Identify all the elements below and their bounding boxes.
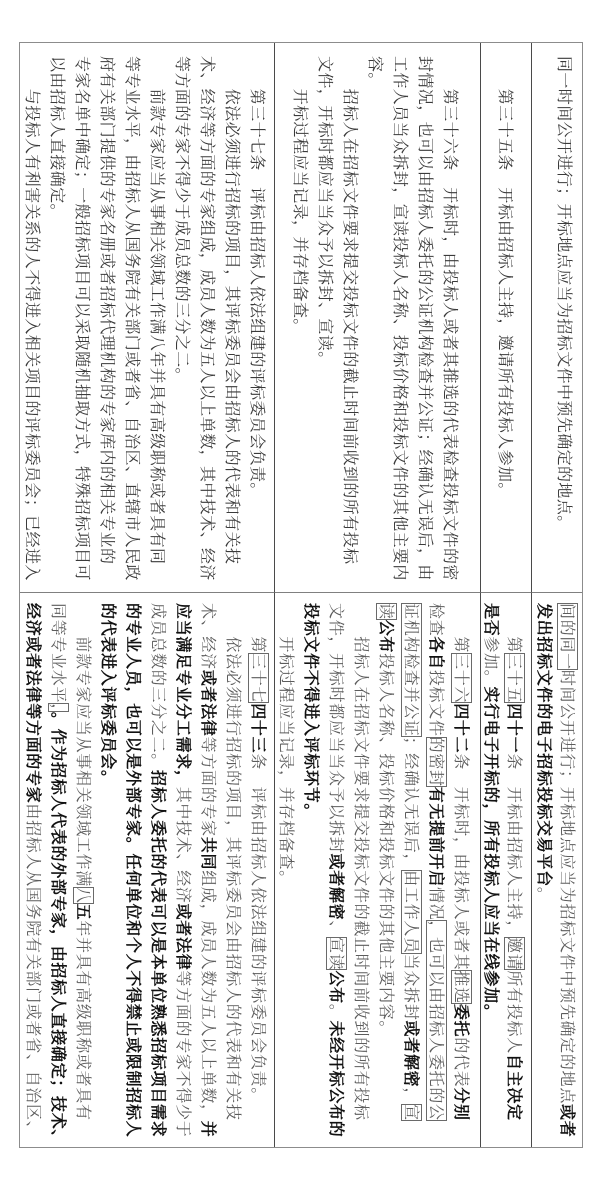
deleted-text: ， — [48, 703, 69, 712]
text-run: 条 评标由招标人依法组建的评标委员会负责。 — [249, 753, 268, 1104]
text-line: 工作人员当众拆封，宣读投标人名称、投标价格和投标文件的其他主要内 — [388, 56, 413, 592]
text-run: 文件，开标时都应当当众予以拆封、宣读。 — [316, 56, 335, 368]
inserted-text: 共同 — [199, 837, 218, 870]
text-run: 第三十五条 开标由招标人主持，邀请所有投标人参加。 — [496, 89, 515, 499]
text-line: 文件，开标时都应当当众予以拆封或者解密、宣读公布。未经开标公布的 — [324, 603, 349, 1147]
deleted-text: 宣读 — [326, 937, 347, 970]
text-line: 封情况，也可以由招标人委托的公证机构检查并公证；经确认无误后，由 — [413, 56, 438, 592]
text-line: 经济或者法律等方面的专家由招标人从国务院有关部门或者省、自治区、 — [21, 603, 46, 1147]
text-run: 文件，开标时都应当当众予以拆封 — [327, 603, 346, 854]
text-line: 依法必须进行招标的项目，其评标委员会由招标人的代表和有关技 — [220, 56, 245, 592]
text-line: 成员总数的三分之二。招标人委托的代表可以是本单位熟悉招标项目需求 — [146, 603, 171, 1147]
text-line: 应当满足专业分工需求，其中技术、经济或者法律等方面的专家不得少于 — [171, 603, 196, 1147]
text-run: 等专业水平，由招标人从国务院有关部门或者省、自治区、直辖市人民政 — [123, 56, 142, 581]
deleted-text: 宣 — [401, 1104, 422, 1121]
text-run: 检查 — [427, 603, 446, 636]
text-run: 第 — [452, 636, 471, 653]
text-run: 等方面的专家不得少于成员总数的三分之二。 — [173, 56, 192, 384]
deleted-text: 三十七 — [248, 653, 269, 703]
text-run: 府有关部门提供的专家名册或者招标代理机构的专家库内的相关专业的 — [98, 56, 117, 564]
inserted-text: 招标人委托的代表可以是本单位熟悉招标项目需求 — [149, 770, 168, 1137]
text-run: 依法必须进行招标的项目，其评标委员会由招标人的代表和有关技 — [224, 636, 243, 1120]
text-line: 招标人在招标文件要求提交投标文件的截止时间前收到的所有投标 — [338, 56, 363, 592]
inserted-text: 。作为招标人代表的外部专家，由招标人直接确定；技术、 — [49, 712, 68, 1146]
text-run: 工作人员当众拆封，宣读投标人名称、投标价格和投标文件的其他主要内 — [391, 56, 410, 581]
text-line: 同一时间公开进行；开标地点应当为招标文件中预先确定的地点。 — [552, 56, 577, 592]
text-line: 以由招标人直接确定。 — [45, 56, 70, 592]
text-run: 招标人在招标文件要求提交投标文件的截止时间前收到的所有投标 — [352, 636, 371, 1120]
text-run: 招标人在招标文件要求提交投标文件的截止时间前收到的所有投标 — [341, 89, 360, 565]
inserted-text: 应当满足专业分工需求， — [174, 603, 193, 787]
text-line: 与投标人有利害关系的人不得进入相关项目的评标委员会；已经进入 — [20, 56, 45, 592]
deleted-text: 由工作人员 — [401, 870, 422, 954]
text-run: 专家名单中确定；一般招标项目可以采取随机抽取方式，特殊招标项目可 — [73, 56, 92, 581]
text-line: 等方面的专家不得少于成员总数的三分之二。 — [170, 56, 195, 592]
original-text-cell: 第三十五条 开标由招标人主持，邀请所有投标人参加。 — [480, 43, 531, 593]
inserted-text: 是否 — [482, 603, 501, 636]
revised-text-cell: 间的同一时间公开进行；开标地点应当为招标文件中预先确定的地点或者发出招标文件的电… — [531, 593, 582, 1147]
text-run: 当众拆封 — [402, 954, 421, 1021]
inserted-text: 四十二 — [452, 703, 471, 753]
inserted-text: 发出招标文件的电子招标投标交易平台 — [535, 603, 554, 887]
inserted-text: 实行电子开标的，所有投标人应当在线参加。 — [482, 687, 501, 1021]
inserted-text: 分别 — [452, 1087, 471, 1120]
inserted-text: 公布 — [377, 620, 396, 653]
deleted-text: 读 — [376, 603, 397, 620]
text-run: 条 开标由招标人主持， — [505, 753, 524, 937]
text-line: 依法必须进行招标的项目，其评标委员会由招标人的代表和有关技 — [221, 603, 246, 1147]
text-line: 读公布投标人名称、投标价格和投标文件的其他主要内容。 — [374, 603, 399, 1147]
text-run: 的代表 — [452, 1037, 471, 1087]
deleted-text: 邀请 — [504, 937, 525, 970]
inserted-text: 自主决定 — [505, 1054, 524, 1121]
text-line: 招标人在招标文件要求提交投标文件的截止时间前收到的所有投标 — [349, 603, 374, 1147]
inserted-text: 的代表进入评标委员会。 — [99, 603, 118, 787]
text-line: 发出招标文件的电子招标投标交易平台。 — [533, 603, 556, 1147]
text-line: 是否参加。实行电子开标的，所有投标人应当在线参加。 — [480, 603, 503, 1147]
text-line: 容。 — [363, 56, 388, 592]
inserted-text: 各自 — [427, 636, 446, 669]
inserted-text: 公布 — [327, 970, 346, 1003]
text-line: 证机构检查并公证；经确认无误后，由工作人员当众拆封或者解密，宣 — [399, 603, 424, 1147]
text-run: 前款专家应当从事相关领域工作满八年并具有高级职称或者具有同 — [148, 89, 167, 565]
text-line: 第三十七四十三条 评标由招标人依法组建的评标委员会负责。 — [246, 603, 271, 1147]
inserted-text: 四十三 — [249, 703, 268, 753]
revised-text-cell: 第三十五四十一条 开标由招标人主持，邀请所有投标人自主决定是否参加。实行电子开标… — [480, 593, 531, 1147]
inserted-text: 的专业人员，也可以是外部专家。任何单位和个人不得禁止或限制招标人 — [124, 603, 143, 1137]
text-run: 第三十六条 开标时，由投标人或者其推选的代表检查投标文件的密 — [441, 89, 460, 581]
page: 同一时间公开进行；开标地点应当为招标文件中预先确定的地点。 间的同一时间公开进行… — [0, 0, 600, 1193]
text-run: 。 — [535, 887, 554, 904]
text-line: 的代表进入评标委员会。 — [96, 603, 121, 1147]
text-line: 术、经济等方面的专家组成，成员人数为五人以上单数，其中技术、经济 — [195, 56, 220, 592]
text-run: 前款专家应当从事相关领域工作满 — [74, 636, 93, 887]
inserted-text: 四十一 — [505, 703, 524, 753]
text-run: 所有投标人 — [505, 970, 524, 1054]
deleted-text: 三十五 — [504, 653, 525, 703]
inserted-text: 经济或者法律等方面的专家 — [24, 603, 43, 803]
text-run: ；经确认无误后， — [402, 737, 421, 871]
text-line: 文件，开标时都应当当众予以拆封、宣读。 — [313, 56, 338, 592]
text-line: 前款专家应当从事相关领域工作满八年并具有高级职称或者具有同 — [145, 56, 170, 592]
inserted-text: 委托 — [452, 1004, 471, 1037]
inserted-text: 或者法律 — [199, 670, 218, 737]
text-line: 的专业人员，也可以是外部专家。任何单位和个人不得禁止或限制招标人 — [121, 603, 146, 1147]
text-run: 依法必须进行招标的项目，其评标委员会由招标人的代表和有关技 — [223, 89, 242, 565]
text-run: ， — [402, 1087, 421, 1104]
deleted-text: ，也可以由招标人委托的公 — [426, 920, 447, 1120]
text-run: 第三十七条 评标由招标人依法组建的评标委员会负责。 — [248, 89, 267, 499]
inserted-text: 投标文件不得进入评标环节。 — [302, 603, 321, 820]
text-line: 检查各自投标文件的密封有无提前开启情况，也可以由招标人委托的公 — [424, 603, 449, 1147]
text-run: 第 — [249, 636, 268, 653]
text-run: 同等专业水平 — [49, 603, 68, 703]
text-run: 等方面的专家 — [199, 737, 218, 837]
revised-text-cell: 第三十六四十二条 开标时，由投标人或者其推选委托的代表分别检查各自投标文件的密封… — [274, 593, 480, 1147]
revised-text-cell: 第三十七四十三条 评标由招标人依法组建的评标委员会负责。依法必须进行招标的项目，… — [20, 593, 274, 1147]
text-run: 情况 — [427, 887, 446, 920]
text-line: 开标过程应当记录，并存档备查。 — [274, 603, 299, 1147]
text-line: 府有关部门提供的专家名册或者招标代理机构的专家库内的相关专业的 — [95, 56, 120, 592]
law-comparison-table: 同一时间公开进行；开标地点应当为招标文件中预先确定的地点。 间的同一时间公开进行… — [19, 42, 583, 1148]
text-run: 条 开标时，由投标人或者其 — [452, 753, 471, 970]
inserted-text: 五 — [74, 904, 93, 921]
text-run: 投标人名称、投标价格和投标文件的其他主要内容。 — [377, 653, 396, 1037]
text-run: 等方面的专家不得少于 — [174, 970, 193, 1137]
inserted-text: 有无提前开启 — [427, 787, 446, 887]
text-run: 以由招标人直接确定。 — [48, 56, 67, 220]
deleted-text: 间的同一 — [557, 603, 578, 670]
text-run: 年并具有高级职称或者具有 — [74, 920, 93, 1120]
text-run: 容。 — [366, 56, 385, 89]
text-run: 、 — [327, 920, 346, 937]
text-run: 开标过程应当记录，并存档备查。 — [277, 636, 296, 887]
inserted-text: 或者解密 — [402, 1021, 421, 1088]
rotated-document-sheet: 同一时间公开进行；开标地点应当为招标文件中预先确定的地点。 间的同一时间公开进行… — [0, 0, 600, 1193]
text-run: 第 — [505, 636, 524, 653]
original-text-cell: 第三十七条 评标由招标人依法组建的评标委员会负责。依法必须进行招标的项目，其评标… — [20, 43, 274, 593]
text-run: 成员总数的三分之二。 — [149, 603, 168, 770]
inserted-text: 并 — [199, 1121, 218, 1138]
deleted-text: 的密封 — [426, 737, 447, 787]
inserted-text: 或者 — [558, 1104, 577, 1137]
text-line: 第三十七条 评标由招标人依法组建的评标委员会负责。 — [245, 56, 270, 592]
text-run: 开标过程应当记录，并存档备查。 — [291, 89, 310, 335]
inserted-text: 未经开标公布的 — [327, 1021, 346, 1138]
text-line: 第三十五条 开标由招标人主持，邀请所有投标人参加。 — [493, 56, 518, 592]
deleted-text: 三十六 — [451, 653, 472, 703]
text-line: 同等专业水平，。作为招标人代表的外部专家，由招标人直接确定；技术、 — [46, 603, 71, 1147]
text-line: 前款专家应当从事相关领域工作满八五年并具有高级职称或者具有 — [71, 603, 96, 1147]
text-run: 组成，成员人数为五人以上单数， — [199, 870, 218, 1121]
text-line: 等专业水平，由招标人从国务院有关部门或者省、自治区、直辖市人民政 — [120, 56, 145, 592]
text-run: 。 — [327, 1004, 346, 1021]
text-line: 间的同一时间公开进行；开标地点应当为招标文件中预先确定的地点或者 — [556, 603, 579, 1147]
text-line: 专家名单中确定；一般招标项目可以采取随机抽取方式，特殊招标项目可 — [70, 56, 95, 592]
text-run: 与投标人有利害关系的人不得进入相关项目的评标委员会；已经进入 — [23, 89, 42, 581]
text-run: 其中技术、经济 — [174, 787, 193, 904]
text-run: 投标文件 — [427, 670, 446, 737]
text-run: 术、经济等方面的专家组成，成员人数为五人以上单数，其中技术、经济 — [198, 56, 217, 581]
inserted-text: 或者法律 — [174, 904, 193, 971]
text-line: 术、经济或者法律等方面的专家共同组成，成员人数为五人以上单数，并 — [196, 603, 221, 1147]
text-run: 由招标人从国务院有关部门或者省、自治区、 — [24, 803, 43, 1137]
text-run: 时间公开进行；开标地点应当为招标文件中预先确定的地点 — [558, 670, 577, 1104]
text-line: 第三十六四十二条 开标时，由投标人或者其推选委托的代表分别 — [449, 603, 474, 1147]
text-line: 投标文件不得进入评标环节。 — [299, 603, 324, 1147]
text-run: 术、经济 — [199, 603, 218, 670]
inserted-text: 或者解密 — [327, 854, 346, 921]
text-run: 封情况，也可以由招标人委托的公证机构检查并公证；经确认无误后，由 — [416, 56, 435, 581]
text-run: 参加。 — [482, 636, 501, 686]
original-text-cell: 第三十六条 开标时，由投标人或者其推选的代表检查投标文件的密封情况，也可以由招标… — [274, 43, 480, 593]
text-line: 开标过程应当记录，并存档备查。 — [288, 56, 313, 592]
deleted-text: 推选 — [451, 970, 472, 1003]
text-run: 同一时间公开进行；开标地点应当为招标文件中预先确定的地点。 — [555, 56, 574, 532]
text-line: 第三十五四十一条 开标由招标人主持，邀请所有投标人自主决定 — [503, 603, 526, 1147]
deleted-text: 证机构检查并公证 — [401, 603, 422, 737]
deleted-text: 八 — [73, 887, 94, 904]
text-line: 第三十六条 开标时，由投标人或者其推选的代表检查投标文件的密 — [438, 56, 463, 592]
original-text-cell: 同一时间公开进行；开标地点应当为招标文件中预先确定的地点。 — [531, 43, 582, 593]
